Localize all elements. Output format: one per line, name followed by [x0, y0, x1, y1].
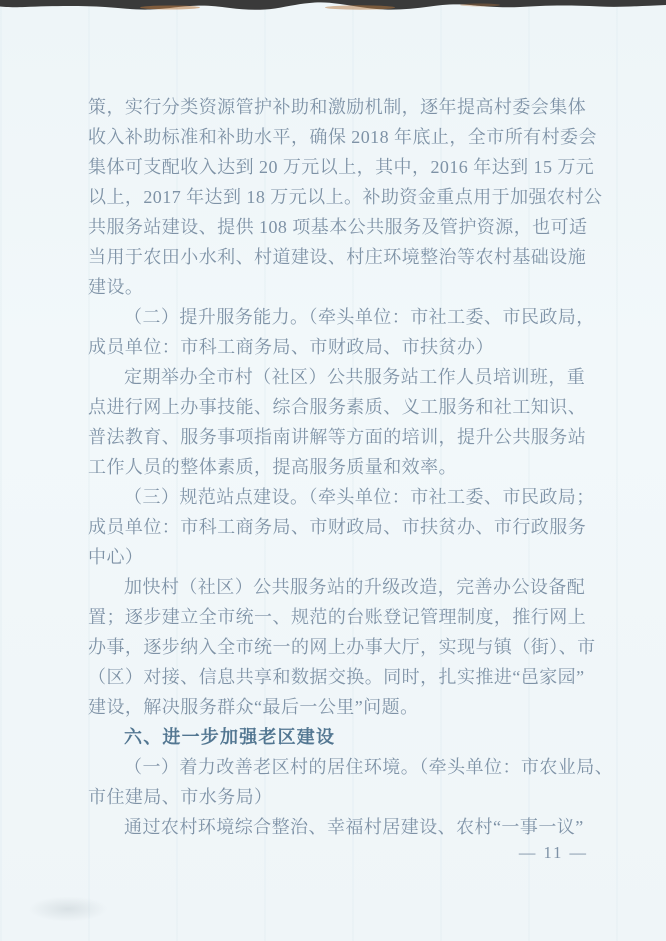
text-line: 当用于农田小水利、村道建设、村庄环境整治等农村基础设施	[88, 242, 588, 272]
scanned-document-page: 策，实行分类资源管护补助和激励机制，逐年提高村委会集体 收入补助标准和补助水平，…	[0, 0, 666, 941]
text-line: 以上，2017 年达到 18 万元以上。补助资金重点用于加强农村公	[88, 182, 588, 212]
text-line: 策，实行分类资源管护补助和激励机制，逐年提高村委会集体	[88, 92, 588, 122]
text-line: 共服务站建设、提供 108 项基本公共服务及管护资源，也可适	[88, 212, 588, 242]
document-text-block: 策，实行分类资源管护补助和激励机制，逐年提高村委会集体 收入补助标准和补助水平，…	[88, 92, 588, 842]
page-number: — 11 —	[88, 843, 588, 863]
text-line: （三）规范站点建设。（牵头单位：市社工委、市民政局；	[88, 482, 588, 512]
text-line: 集体可支配收入达到 20 万元以上，其中，2016 年达到 15 万元	[88, 152, 588, 182]
text-line: 加快村（社区）公共服务站的升级改造，完善办公设备配	[88, 572, 588, 602]
text-line: （二）提升服务能力。（牵头单位：市社工委、市民政局，	[88, 302, 588, 332]
text-line: 成员单位：市科工商务局、市财政局、市扶贫办、市行政服务	[88, 512, 588, 542]
text-line: 市住建局、市水务局）	[88, 782, 588, 812]
text-line: 普法教育、服务事项指南讲解等方面的培训，提升公共服务站	[88, 422, 588, 452]
text-line: 通过农村环境综合整治、幸福村居建设、农村“一事一议”	[88, 812, 588, 842]
text-line: 办事，逐步纳入全市统一的网上办事大厅，实现与镇（街）、市	[88, 632, 588, 662]
text-line: 成员单位：市科工商务局、市财政局、市扶贫办）	[88, 332, 588, 362]
section-heading: 六、进一步加强老区建设	[88, 722, 588, 752]
text-line: 工作人员的整体素质，提高服务质量和效率。	[88, 452, 588, 482]
text-line: 建设。	[88, 272, 588, 302]
scanner-page-edge	[0, 0, 666, 16]
text-line: （一）着力改善老区村的居住环境。（牵头单位：市农业局、	[88, 752, 588, 782]
text-line: 点进行网上办事技能、综合服务素质、义工服务和社工知识、	[88, 392, 588, 422]
scan-smudge	[28, 896, 108, 922]
text-line: 建设，解决服务群众“最后一公里”问题。	[88, 692, 588, 722]
text-line: 定期举办全市村（社区）公共服务站工作人员培训班，重	[88, 362, 588, 392]
text-line: 中心）	[88, 542, 588, 572]
text-line: （区）对接、信息共享和数据交换。同时，扎实推进“邑家园”	[88, 662, 588, 692]
text-line: 收入补助标准和补助水平，确保 2018 年底止，全市所有村委会	[88, 122, 588, 152]
text-line: 置；逐步建立全市统一、规范的台账登记管理制度，推行网上	[88, 602, 588, 632]
